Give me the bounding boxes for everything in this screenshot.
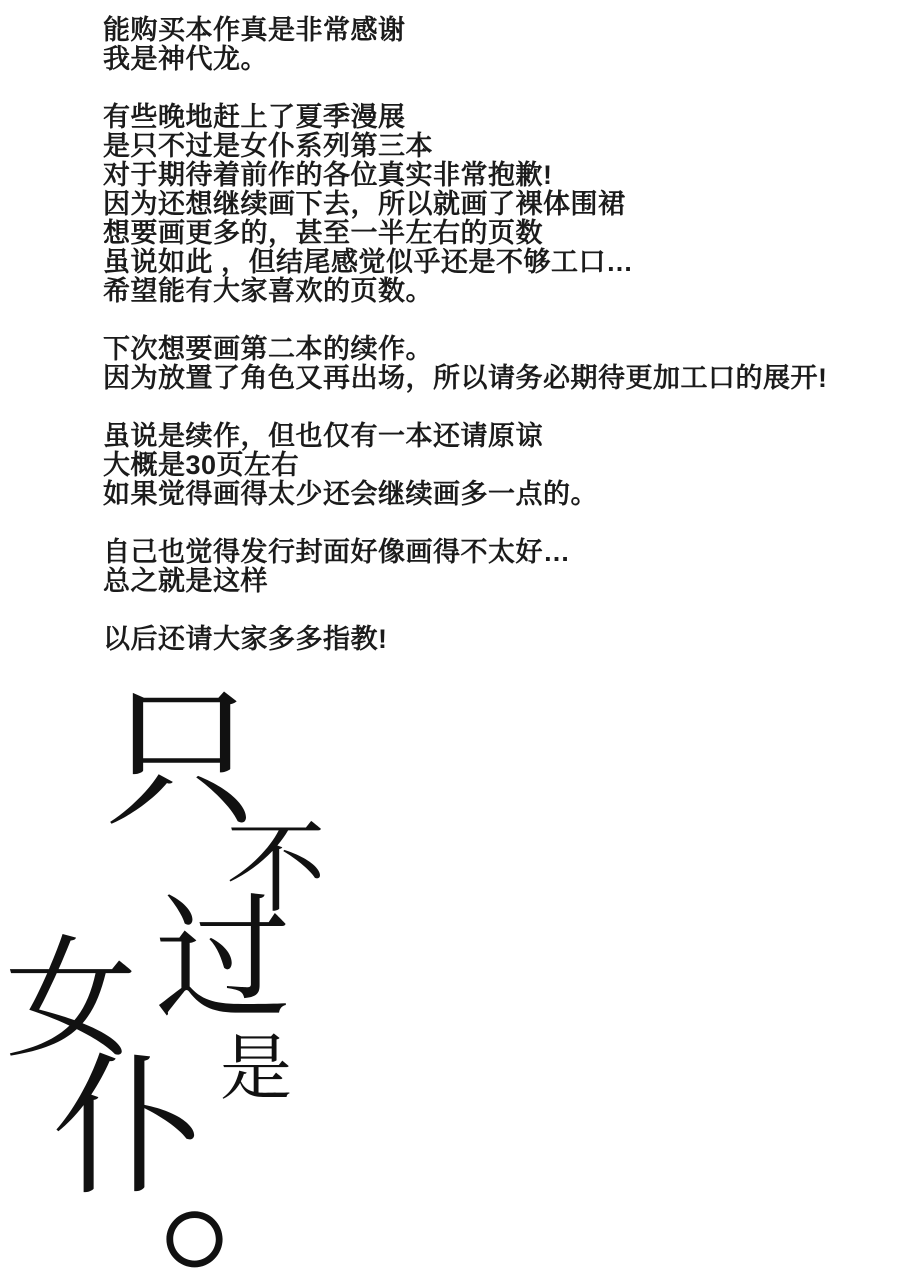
- text-line: 总之就是这样: [103, 567, 828, 596]
- text-line: 因为还想继续画下去，所以就画了裸体围裙: [103, 190, 828, 219]
- paragraph: 以后还请大家多多指教!: [103, 625, 828, 654]
- title-char-period: 。: [158, 1085, 358, 1280]
- afterword-text: 能购买本作真是非常感谢我是神代龙。有些晚地赶上了夏季漫展是只不过是女仆系列第三本…: [103, 16, 828, 683]
- text-line: 我是神代龙。: [103, 45, 828, 74]
- title-char-guo: 过: [155, 893, 291, 1029]
- text-line: 虽说如此 ，但结尾感觉似乎还是不够工口…: [103, 248, 828, 277]
- paragraph: 虽说是续作，但也仅有一本还请原谅大概是30页左右如果觉得画得太少还会继续画多一点…: [103, 422, 828, 509]
- text-line: 想要画更多的，甚至一半左右的页数: [103, 219, 828, 248]
- text-line: 因为放置了角色又再出场，所以请务必期待更加工口的展开!: [103, 364, 828, 393]
- text-line: 如果觉得画得太少还会继续画多一点的。: [103, 480, 828, 509]
- text-line: 以后还请大家多多指教!: [103, 625, 828, 654]
- text-line: 虽说是续作，但也仅有一本还请原谅: [103, 422, 828, 451]
- text-line: 有些晚地赶上了夏季漫展: [103, 103, 828, 132]
- afterword-page: 能购买本作真是非常感谢我是神代龙。有些晚地赶上了夏季漫展是只不过是女仆系列第三本…: [0, 0, 906, 1280]
- text-line: 是只不过是女仆系列第三本: [103, 132, 828, 161]
- paragraph: 能购买本作真是非常感谢我是神代龙。: [103, 16, 828, 74]
- text-line: 自己也觉得发行封面好像画得不太好…: [103, 538, 828, 567]
- text-line: 大概是30页左右: [103, 451, 828, 480]
- paragraph: 有些晚地赶上了夏季漫展是只不过是女仆系列第三本对于期待着前作的各位真实非常抱歉!…: [103, 103, 828, 306]
- text-line: 对于期待着前作的各位真实非常抱歉!: [103, 161, 828, 190]
- paragraph: 下次想要画第二本的续作。因为放置了角色又再出场，所以请务必期待更加工口的展开!: [103, 335, 828, 393]
- text-line: 希望能有大家喜欢的页数。: [103, 277, 828, 306]
- text-line: 下次想要画第二本的续作。: [103, 335, 828, 364]
- text-line: 能购买本作真是非常感谢: [103, 16, 828, 45]
- paragraph: 自己也觉得发行封面好像画得不太好…总之就是这样: [103, 538, 828, 596]
